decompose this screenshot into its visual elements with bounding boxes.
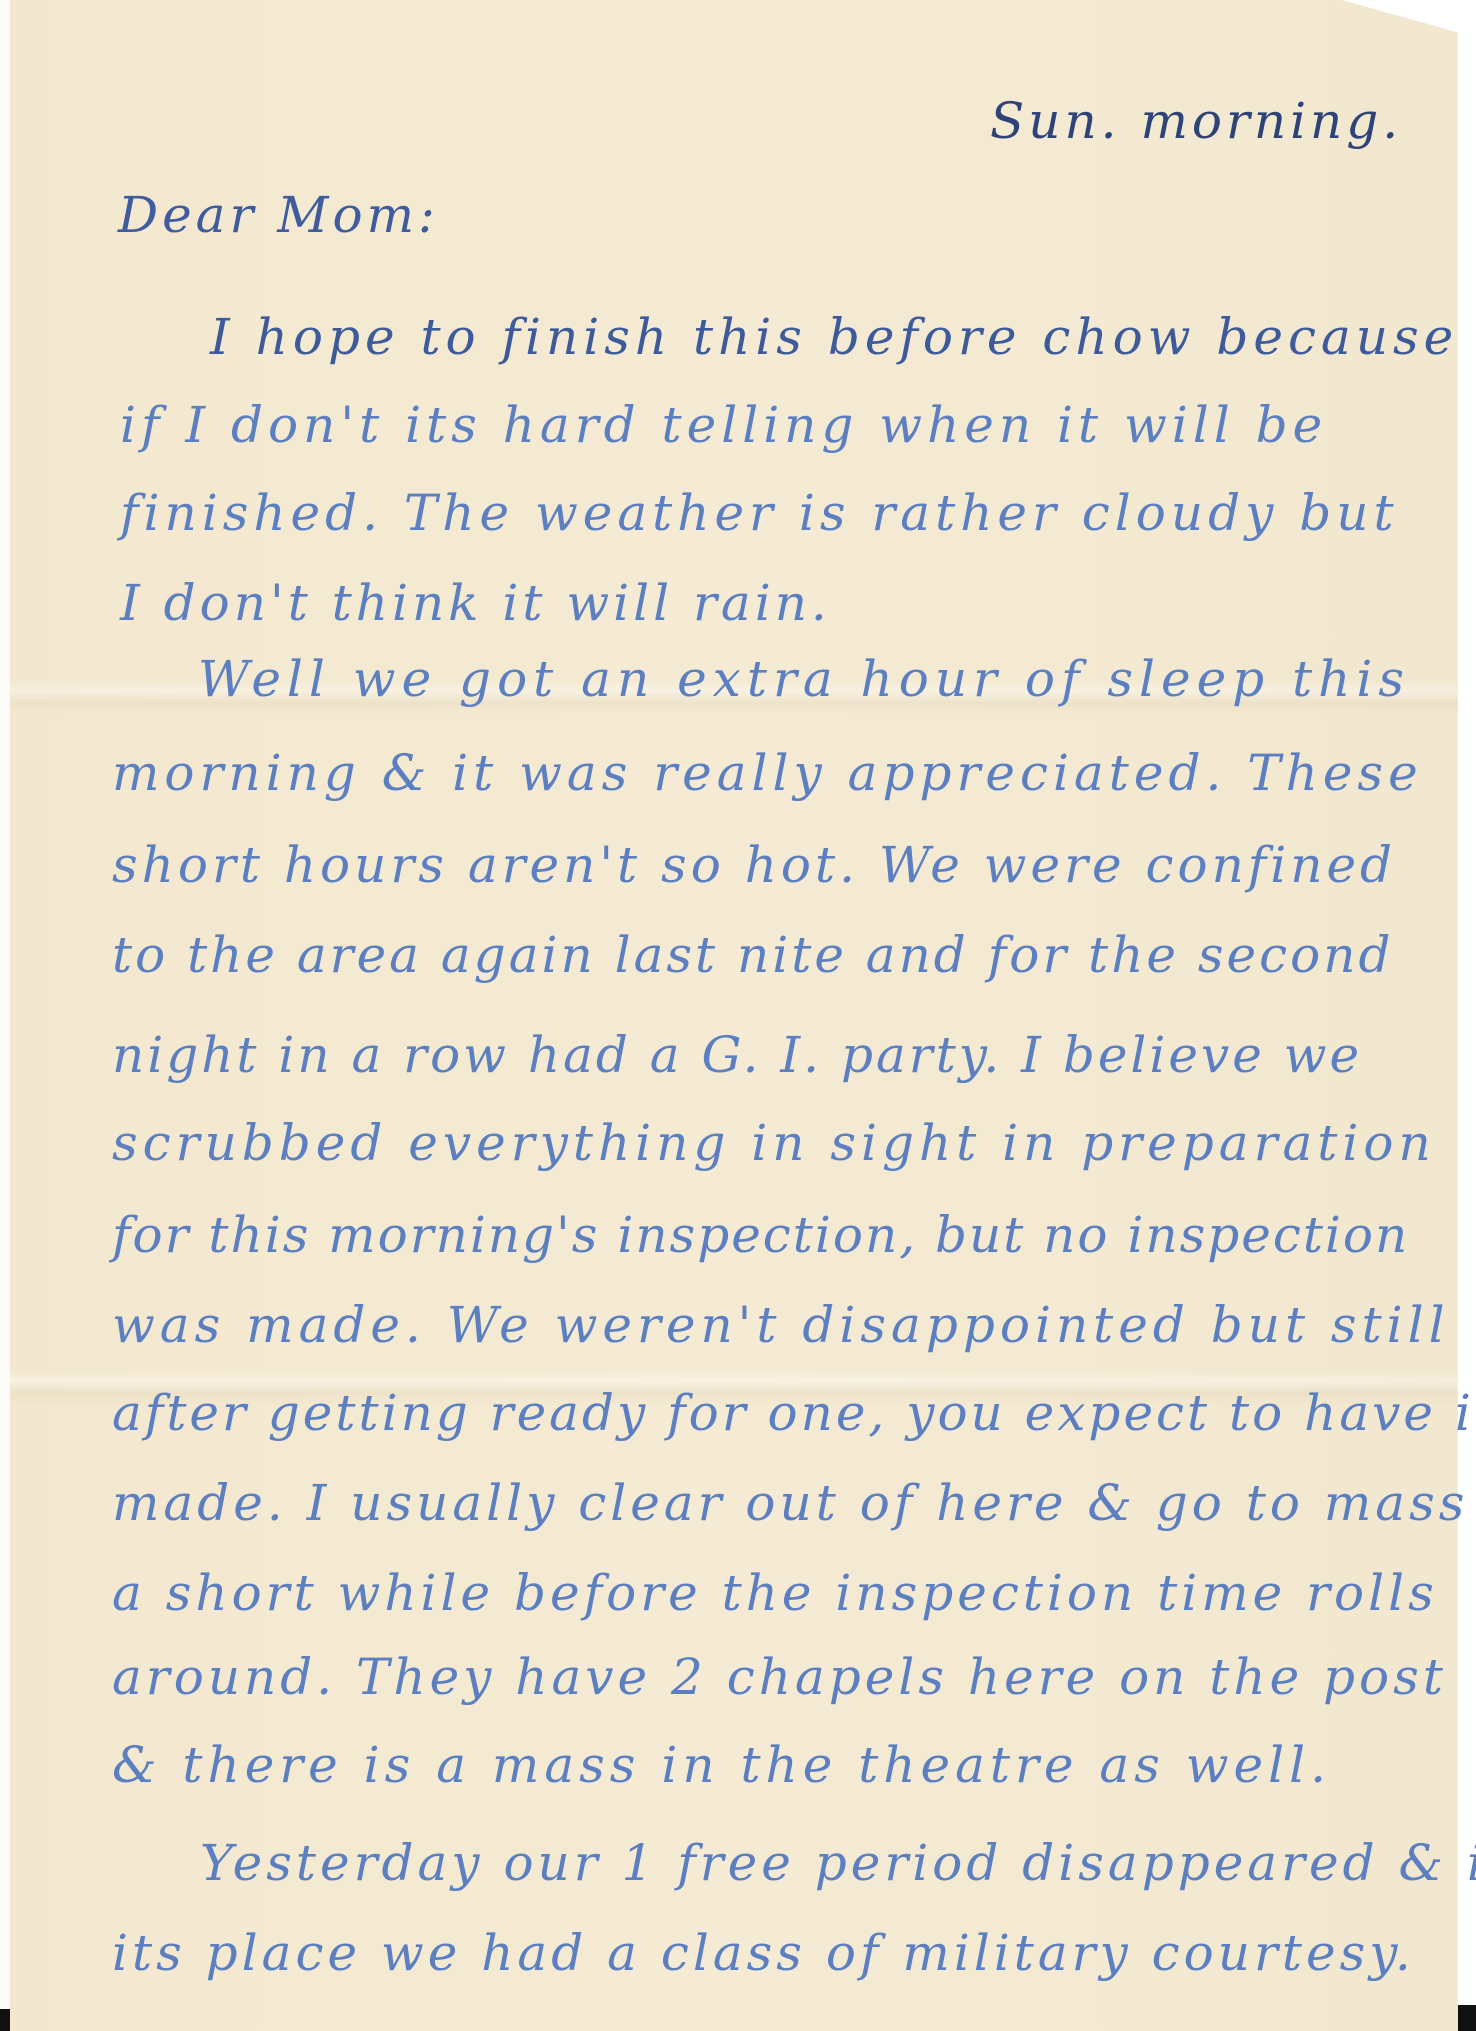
letter-line: if I don't its hard telling when it will…	[120, 400, 1327, 450]
letter-line: made. I usually clear out of here & go t…	[112, 1478, 1468, 1528]
letter-line: & there is a mass in the theatre as well…	[112, 1740, 1331, 1790]
letter-line: Well we got an extra hour of sleep this	[198, 654, 1410, 704]
letter-line: scrubbed everything in sight in preparat…	[112, 1118, 1436, 1168]
letter-line: to the area again last nite and for the …	[112, 930, 1393, 980]
letter-line: I hope to finish this before chow becaus…	[210, 312, 1458, 362]
letter-line: finished. The weather is rather cloudy b…	[120, 488, 1399, 538]
scan-margin-right	[1458, 0, 1476, 2031]
scan-artifact-bottom-left	[0, 2009, 10, 2031]
letter-line: Yesterday our 1 free period disappeared …	[200, 1838, 1476, 1888]
letter-line: after getting ready for one, you expect …	[112, 1388, 1476, 1438]
letter-paper	[10, 0, 1458, 2031]
scan-artifact-bottom-right	[1458, 2005, 1476, 2031]
letter-line: around. They have 2 chapels here on the …	[112, 1652, 1447, 1702]
letter-greeting: Dear Mom:	[118, 190, 439, 240]
letter-line: was made. We weren't disappointed but st…	[112, 1300, 1450, 1350]
letter-line: I don't think it will rain.	[120, 578, 831, 628]
letter-line: for this morning's inspection, but no in…	[112, 1210, 1409, 1260]
letter-line: night in a row had a G. I. party. I beli…	[112, 1030, 1362, 1080]
letter-line: its place we had a class of military cou…	[112, 1928, 1415, 1978]
letter-line: a short while before the inspection time…	[112, 1568, 1438, 1618]
letter-line: short hours aren't so hot. We were confi…	[112, 840, 1396, 890]
letter-dateline: Sun. morning.	[990, 96, 1402, 146]
scan-margin-left	[0, 0, 10, 2031]
letter-line: morning & it was really appreciated. The…	[112, 748, 1423, 798]
